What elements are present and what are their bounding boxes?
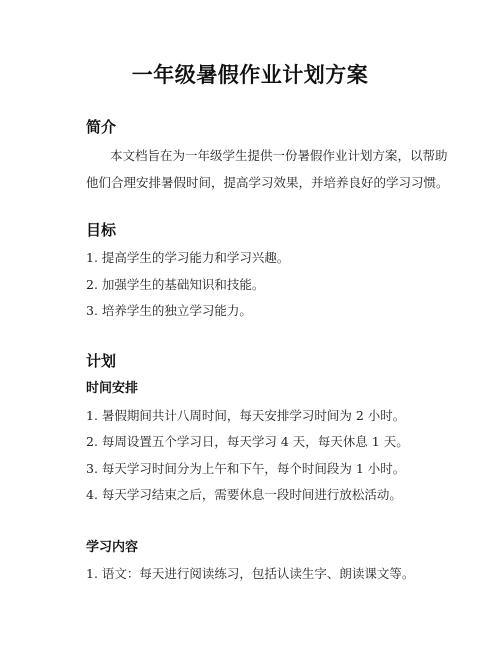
schedule-item: 3. 每天学习时间分为上午和下午，每个时间段为 1 小时。 <box>86 459 456 479</box>
goal-item: 2. 加强学生的基础知识和技能。 <box>86 275 456 295</box>
content-item: 1. 语文：每天进行阅读练习，包括认读生字、朗读课文等。 <box>86 564 456 584</box>
schedule-item: 2. 每周设置五个学习日，每天学习 4 天，每天休息 1 天。 <box>86 432 456 452</box>
subsection-heading-schedule: 时间安排 <box>86 379 138 399</box>
document-title: 一年级暑假作业计划方案 <box>0 60 500 90</box>
goal-item: 3. 培养学生的独立学习能力。 <box>86 301 456 321</box>
document-page: 一年级暑假作业计划方案 简介 本文档旨在为一年级学生提供一份暑假作业计划方案，以… <box>0 0 500 647</box>
schedule-item: 4. 每天学习结束之后，需要休息一段时间进行放松活动。 <box>86 485 456 505</box>
section-heading-intro: 简介 <box>86 116 116 138</box>
goal-item: 1. 提高学生的学习能力和学习兴趣。 <box>86 248 456 268</box>
intro-paragraph-line-2: 他们合理安排暑假时间，提高学习效果，并培养良好的学习习惯。 <box>86 173 456 193</box>
subsection-heading-content: 学习内容 <box>86 538 138 558</box>
schedule-item: 1. 暑假期间共计八周时间，每天安排学习时间为 2 小时。 <box>86 406 456 426</box>
section-heading-goals: 目标 <box>86 219 116 241</box>
section-heading-plan: 计划 <box>86 350 116 372</box>
intro-paragraph-line-1: 本文档旨在为一年级学生提供一份暑假作业计划方案，以帮助 <box>110 146 480 166</box>
